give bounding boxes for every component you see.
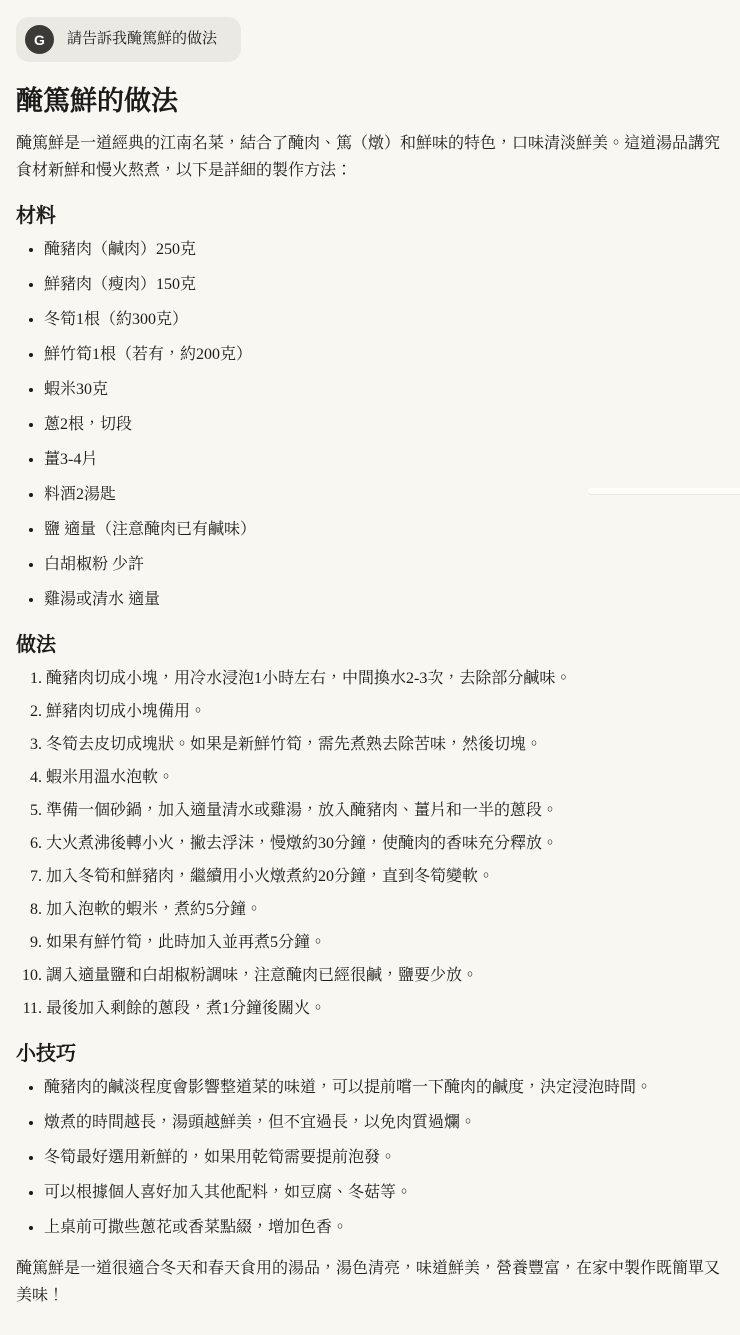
step-item: 蝦米用溫水泡軟。	[46, 764, 724, 791]
ingredient-item: 料酒2湯匙	[44, 481, 724, 508]
ingredient-item: 鹽 適量（注意醃肉已有鹹味）	[44, 516, 724, 543]
steps-list: 醃豬肉切成小塊，用冷水浸泡1小時左右，中間換水2-3次，去除部分鹹味。 鮮豬肉切…	[16, 665, 724, 1022]
tips-list: 醃豬肉的鹹淡程度會影響整道菜的味道，可以提前嚐一下醃肉的鹹度，決定浸泡時間。 燉…	[16, 1074, 724, 1241]
conclusion-paragraph: 醃篤鮮是一道很適合冬天和春天食用的湯品，湯色清亮，味道鮮美，營養豐富，在家中製作…	[16, 1255, 724, 1309]
ingredients-list: 醃豬肉（鹹肉）250克 鮮豬肉（瘦肉）150克 冬筍1根（約300克） 鮮竹筍1…	[16, 236, 724, 613]
step-item: 加入冬筍和鮮豬肉，繼續用小火燉煮約20分鐘，直到冬筍變軟。	[46, 863, 724, 890]
intro-paragraph: 醃篤鮮是一道經典的江南名菜，結合了醃肉、篤（燉）和鮮味的特色，口味清淡鮮美。這道…	[16, 130, 724, 184]
section-heading-tips: 小技巧	[16, 1042, 724, 1066]
ingredient-item: 薑3-4片	[44, 446, 724, 473]
tip-item: 可以根據個人喜好加入其他配料，如豆腐、冬菇等。	[44, 1179, 724, 1206]
ingredient-item: 冬筍1根（約300克）	[44, 306, 724, 333]
ingredient-item: 鮮豬肉（瘦肉）150克	[44, 271, 724, 298]
user-message-bubble: G 請告訴我醃篤鮮的做法	[16, 17, 241, 62]
step-item: 加入泡軟的蝦米，煮約5分鐘。	[46, 896, 724, 923]
ingredient-item: 雞湯或清水 適量	[44, 586, 724, 613]
scroll-seam-artifact	[588, 488, 740, 494]
tip-item: 上桌前可撒些蔥花或香菜點綴，增加色香。	[44, 1214, 724, 1241]
step-item: 醃豬肉切成小塊，用冷水浸泡1小時左右，中間換水2-3次，去除部分鹹味。	[46, 665, 724, 692]
section-heading-ingredients: 材料	[16, 204, 724, 228]
step-item: 如果有鮮竹筍，此時加入並再煮5分鐘。	[46, 929, 724, 956]
step-item: 大火煮沸後轉小火，撇去浮沫，慢燉約30分鐘，使醃肉的香味充分釋放。	[46, 830, 724, 857]
step-item: 最後加入剩餘的蔥段，煮1分鐘後關火。	[46, 995, 724, 1022]
assistant-response: 醃篤鮮的做法 醃篤鮮是一道經典的江南名菜，結合了醃肉、篤（燉）和鮮味的特色，口味…	[0, 87, 740, 1309]
step-item: 冬筍去皮切成塊狀。如果是新鮮竹筍，需先煮熟去除苦味，然後切塊。	[46, 731, 724, 758]
step-item: 調入適量鹽和白胡椒粉調味，注意醃肉已經很鹹，鹽要少放。	[46, 962, 724, 989]
tip-item: 醃豬肉的鹹淡程度會影響整道菜的味道，可以提前嚐一下醃肉的鹹度，決定浸泡時間。	[44, 1074, 724, 1101]
step-item: 準備一個砂鍋，加入適量清水或雞湯，放入醃豬肉、薑片和一半的蔥段。	[46, 797, 724, 824]
ingredient-item: 蝦米30克	[44, 376, 724, 403]
chat-page: G 請告訴我醃篤鮮的做法 醃篤鮮的做法 醃篤鮮是一道經典的江南名菜，結合了醃肉、…	[0, 0, 740, 1335]
tip-item: 燉煮的時間越長，湯頭越鮮美，但不宜過長，以免肉質過爛。	[44, 1109, 724, 1136]
user-avatar: G	[25, 25, 54, 54]
user-message-text: 請告訴我醃篤鮮的做法	[67, 30, 217, 50]
recipe-title: 醃篤鮮的做法	[16, 87, 724, 116]
ingredient-item: 蔥2根，切段	[44, 411, 724, 438]
step-item: 鮮豬肉切成小塊備用。	[46, 698, 724, 725]
ingredient-item: 鮮竹筍1根（若有，約200克）	[44, 341, 724, 368]
tip-item: 冬筍最好選用新鮮的，如果用乾筍需要提前泡發。	[44, 1144, 724, 1171]
section-heading-steps: 做法	[16, 633, 724, 657]
avatar-letter: G	[34, 32, 45, 48]
ingredient-item: 醃豬肉（鹹肉）250克	[44, 236, 724, 263]
ingredient-item: 白胡椒粉 少許	[44, 551, 724, 578]
